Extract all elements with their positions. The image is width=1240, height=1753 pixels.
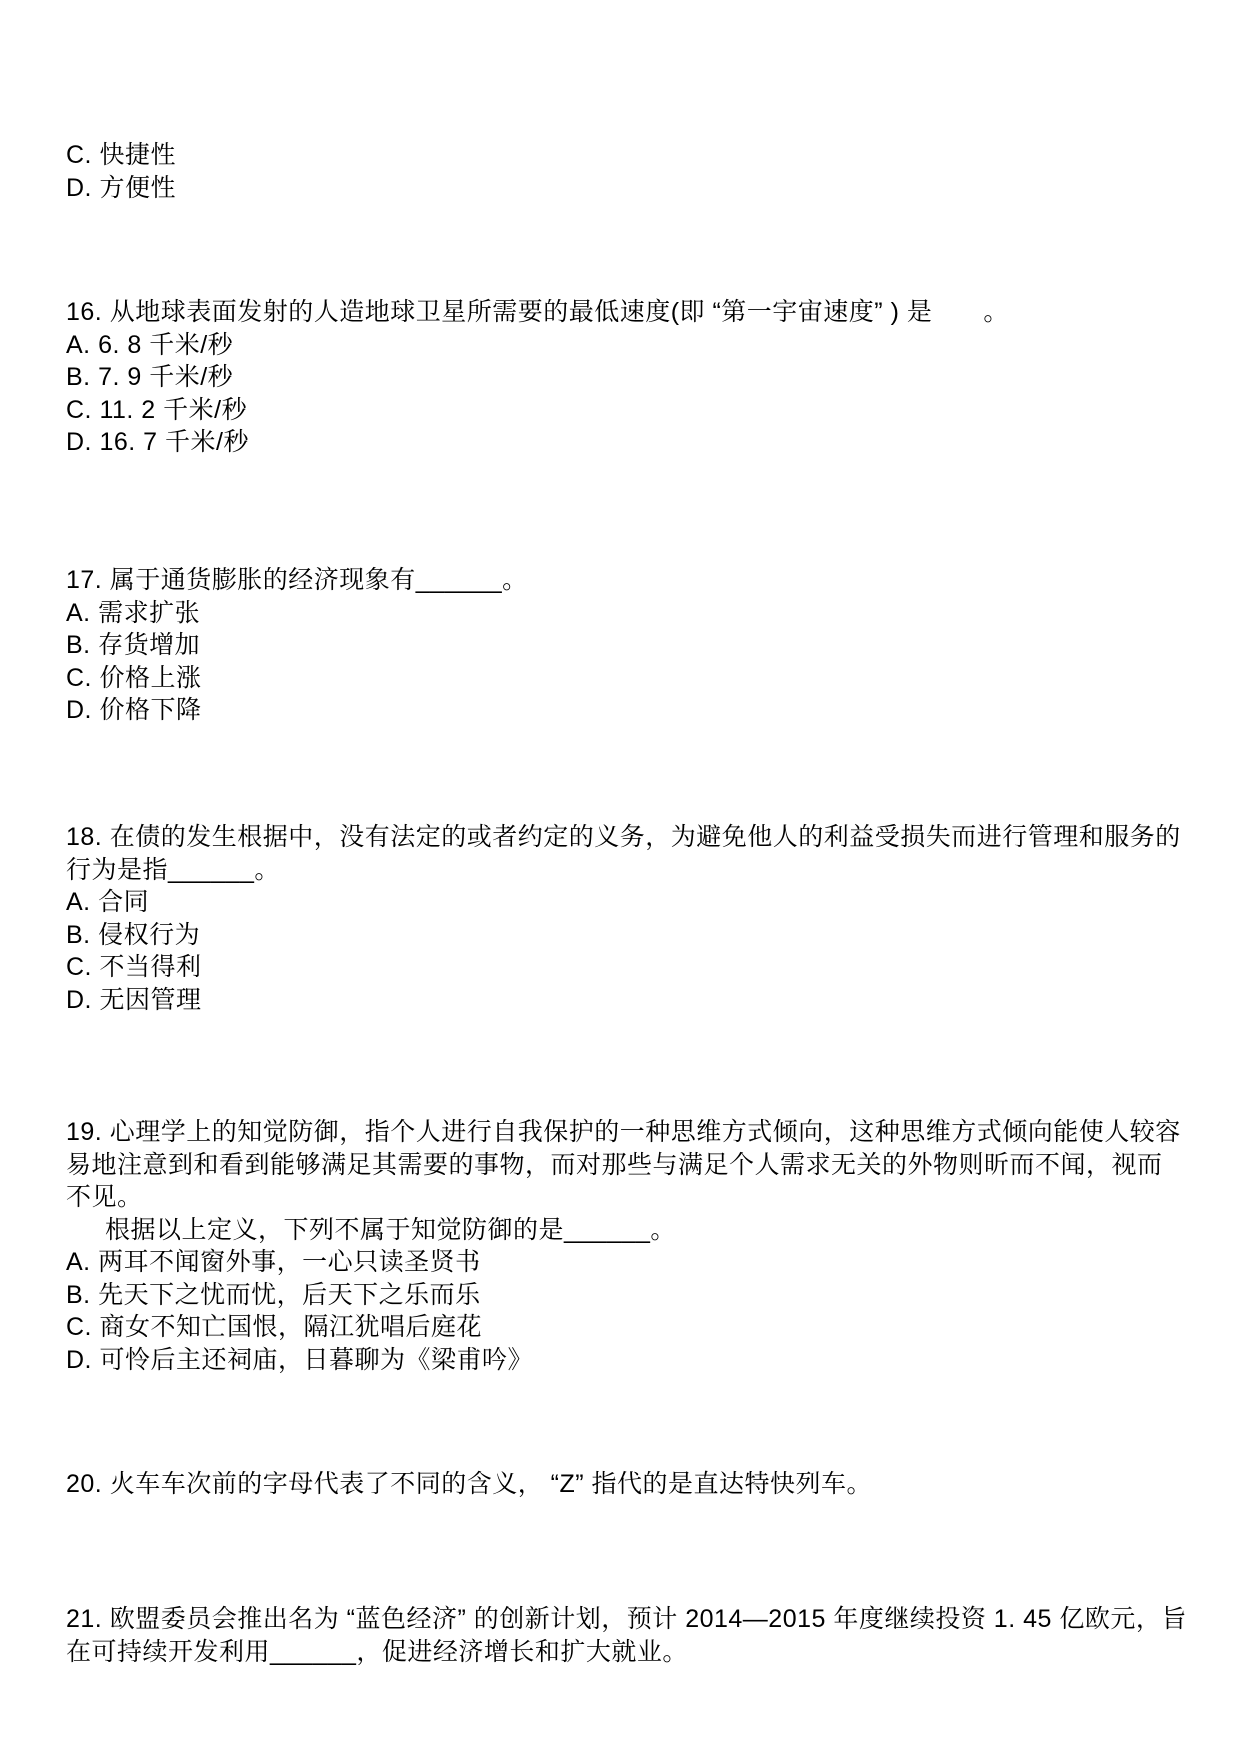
question-15-remaining-options: C. 快捷性D. 方便性 [66, 139, 1211, 204]
question-18: 18. 在债的发生根据中，没有法定的或者约定的义务，为避免他人的利益受损失而进行… [66, 821, 1211, 1016]
exam-document-page: C. 快捷性D. 方便性16. 从地球表面发射的人造地球卫星所需要的最低速度(即… [0, 0, 1240, 1753]
q17-question-text: 17. 属于通货膨胀的经济现象有______。 [66, 564, 1211, 597]
question-20: 20. 火车车次前的字母代表了不同的含义， “Z” 指代的是直达特快列车。 [66, 1468, 1211, 1501]
q18-question-text-line2: 行为是指______。 [66, 854, 1211, 887]
question-17: 17. 属于通货膨胀的经济现象有______。A. 需求扩张B. 存货增加C. … [66, 564, 1211, 727]
q18-option-c: C. 不当得利 [66, 951, 1211, 984]
q16-question-text: 16. 从地球表面发射的人造地球卫星所需要的最低速度(即 “第一宇宙速度” ) … [66, 296, 1211, 329]
q18-question-text-line1: 18. 在债的发生根据中，没有法定的或者约定的义务，为避免他人的利益受损失而进行… [66, 821, 1211, 854]
q16-option-b: B. 7. 9 千米/秒 [66, 361, 1211, 394]
q19-option-b: B. 先天下之忧而忧，后天下之乐而乐 [66, 1279, 1211, 1312]
question-19: 19. 心理学上的知觉防御，指个人进行自我保护的一种思维方式倾向，这种思维方式倾… [66, 1116, 1211, 1376]
q21-question-text-line1: 21. 欧盟委员会推出名为 “蓝色经济” 的创新计划，预计 2014—2015 … [66, 1603, 1211, 1636]
q19-option-c: C. 商女不知亡国恨，隔江犹唱后庭花 [66, 1311, 1211, 1344]
q21-question-text-line2: 在可持续开发利用______，促进经济增长和扩大就业。 [66, 1636, 1211, 1669]
q16-option-c: C. 11. 2 千米/秒 [66, 394, 1211, 427]
q16-option-a: A. 6. 8 千米/秒 [66, 329, 1211, 362]
q20-question-text: 20. 火车车次前的字母代表了不同的含义， “Z” 指代的是直达特快列车。 [66, 1468, 1211, 1501]
q16-option-d: D. 16. 7 千米/秒 [66, 426, 1211, 459]
q18-option-b: B. 侵权行为 [66, 919, 1211, 952]
q19-question-text-line1: 19. 心理学上的知觉防御，指个人进行自我保护的一种思维方式倾向，这种思维方式倾… [66, 1116, 1211, 1149]
q15-option-c: C. 快捷性 [66, 139, 1211, 172]
q19-question-text-line3: 不见。 [66, 1181, 1211, 1214]
q17-option-a: A. 需求扩张 [66, 597, 1211, 630]
q18-option-d: D. 无因管理 [66, 984, 1211, 1017]
q15-option-d: D. 方便性 [66, 172, 1211, 205]
q17-option-d: D. 价格下降 [66, 694, 1211, 727]
q19-question-text-line4: 根据以上定义，下列不属于知觉防御的是______。 [66, 1214, 1211, 1247]
question-16: 16. 从地球表面发射的人造地球卫星所需要的最低速度(即 “第一宇宙速度” ) … [66, 296, 1211, 459]
q17-option-b: B. 存货增加 [66, 629, 1211, 662]
question-21: 21. 欧盟委员会推出名为 “蓝色经济” 的创新计划，预计 2014—2015 … [66, 1603, 1211, 1668]
q18-option-a: A. 合同 [66, 886, 1211, 919]
q19-option-a: A. 两耳不闻窗外事，一心只读圣贤书 [66, 1246, 1211, 1279]
q19-option-d: D. 可怜后主还祠庙，日暮聊为《梁甫吟》 [66, 1344, 1211, 1377]
q17-option-c: C. 价格上涨 [66, 662, 1211, 695]
q19-question-text-line2: 易地注意到和看到能够满足其需要的事物，而对那些与满足个人需求无关的外物则昕而不闻… [66, 1149, 1211, 1182]
